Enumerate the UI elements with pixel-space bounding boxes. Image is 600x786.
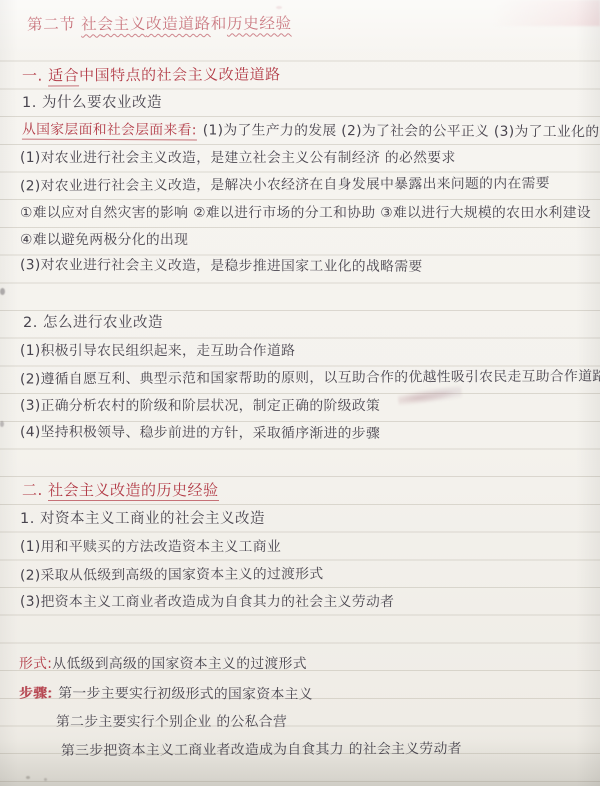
intro-text: (1)为了生产力的发展 (2)为了社会的公平正义 (3)为了工业化的建设 [203, 122, 600, 140]
form-line: 形式:从低级到高级的国家资本主义的过渡形式 [19, 652, 307, 672]
page-title: 第二节 社会主义改造道路和历史经验 [27, 11, 292, 34]
section2-number: 二. [22, 481, 48, 499]
handwritten-notes-page: 第二节 社会主义改造道路和历史经验 一. 适合中国特点的社会主义改造道路 1. … [0, 0, 600, 786]
q1-point: (3)对农业进行社会主义改造，是稳步推进国家工业化的战略需要 [20, 253, 423, 275]
q2-point: (1)积极引导农民组织起来，走互助合作道路 [20, 339, 295, 359]
paper-speck [0, 288, 5, 295]
paper-speck [26, 776, 30, 779]
paper-stain [450, 0, 600, 26]
q1-point: (1)对农业进行社会主义改造，是建立社会主义公有制经济 的必然要求 [20, 146, 456, 166]
ink-bleed-smudge [397, 385, 462, 408]
section1-heading: 一. 适合中国特点的社会主义改造道路 [22, 63, 281, 85]
q1-subpoint: ④难以避免两极分化的出现 [20, 228, 188, 248]
s2-point: (3)把资本主义工商业者改造成为自食其力的社会主义劳动者 [20, 590, 394, 610]
section1-heading-underlined: 适合 [48, 66, 79, 86]
title-text-underlined: 改造道路 [146, 15, 211, 33]
question1-heading: 1. 为什么要农业改造 [22, 91, 162, 112]
q2-point: (4)坚持积极领导、稳步前进的方针，采取循序渐进的步骤 [20, 420, 380, 442]
paper-speck [276, 6, 282, 9]
paper-speck [44, 778, 47, 781]
intro-line: 从国家层面和社会层面来看:(1)为了生产力的发展 (2)为了社会的公平正义 (3… [22, 118, 600, 141]
steps-label: 步骤: [19, 685, 52, 701]
paper-speck [0, 421, 4, 427]
step-text: 第二步主要实行个别企业 的公私合营 [56, 710, 287, 730]
title-text-underlined: 社会主义 [81, 15, 146, 33]
q2-point: (2)遵循自愿互利、典型示范和国家帮助的原则，以互助合作的优越性吸引农民走互助合… [20, 364, 600, 387]
s2-question1-heading: 1. 对资本主义工商业的社会主义改造 [20, 507, 265, 528]
steps-line: 步骤:第一步主要实行初级形式的国家资本主义 [19, 681, 313, 702]
question2-heading: 2. 怎么进行农业改造 [23, 311, 163, 332]
title-text: 第二节 [27, 15, 81, 33]
s2-point: (2)采取从低级到高级的国家资本主义的过渡形式 [20, 562, 324, 584]
title-text: 和 [211, 15, 227, 33]
section2-heading: 二. 社会主义改造的历史经验 [22, 479, 219, 500]
s2-point: (1)用和平赎买的方法改造资本主义工商业 [20, 535, 281, 555]
form-text: 从低级到高级的国家资本主义的过渡形式 [52, 656, 307, 672]
title-text-underlined: 历史经验 [227, 14, 292, 32]
section1-number: 一. [22, 67, 48, 85]
step-text: 第一步主要实行初级形式的国家资本主义 [58, 686, 313, 703]
q1-point: (2)对农业进行社会主义改造，是解决小农经济在自身发展中暴露出来问题的内在需要 [20, 172, 550, 195]
q1-subpoint: ①难以应对自然灾害的影响 ②难以进行市场的分工和协助 ③难以进行大规模的农田水利… [20, 201, 591, 221]
intro-label: 从国家层面和社会层面来看: [22, 122, 197, 141]
form-label: 形式: [19, 656, 52, 672]
q2-point: (3)正确分析农村的阶级和阶层状况，制定正确的阶级政策 [20, 394, 380, 414]
section1-heading-rest: 中国特点的社会主义改造道路 [79, 65, 281, 84]
step-text: 第三步把资本主义工商业者改造成为自食其力 的社会主义劳动者 [61, 737, 462, 759]
section2-heading-underlined: 社会主义改造的历史经验 [48, 481, 219, 501]
